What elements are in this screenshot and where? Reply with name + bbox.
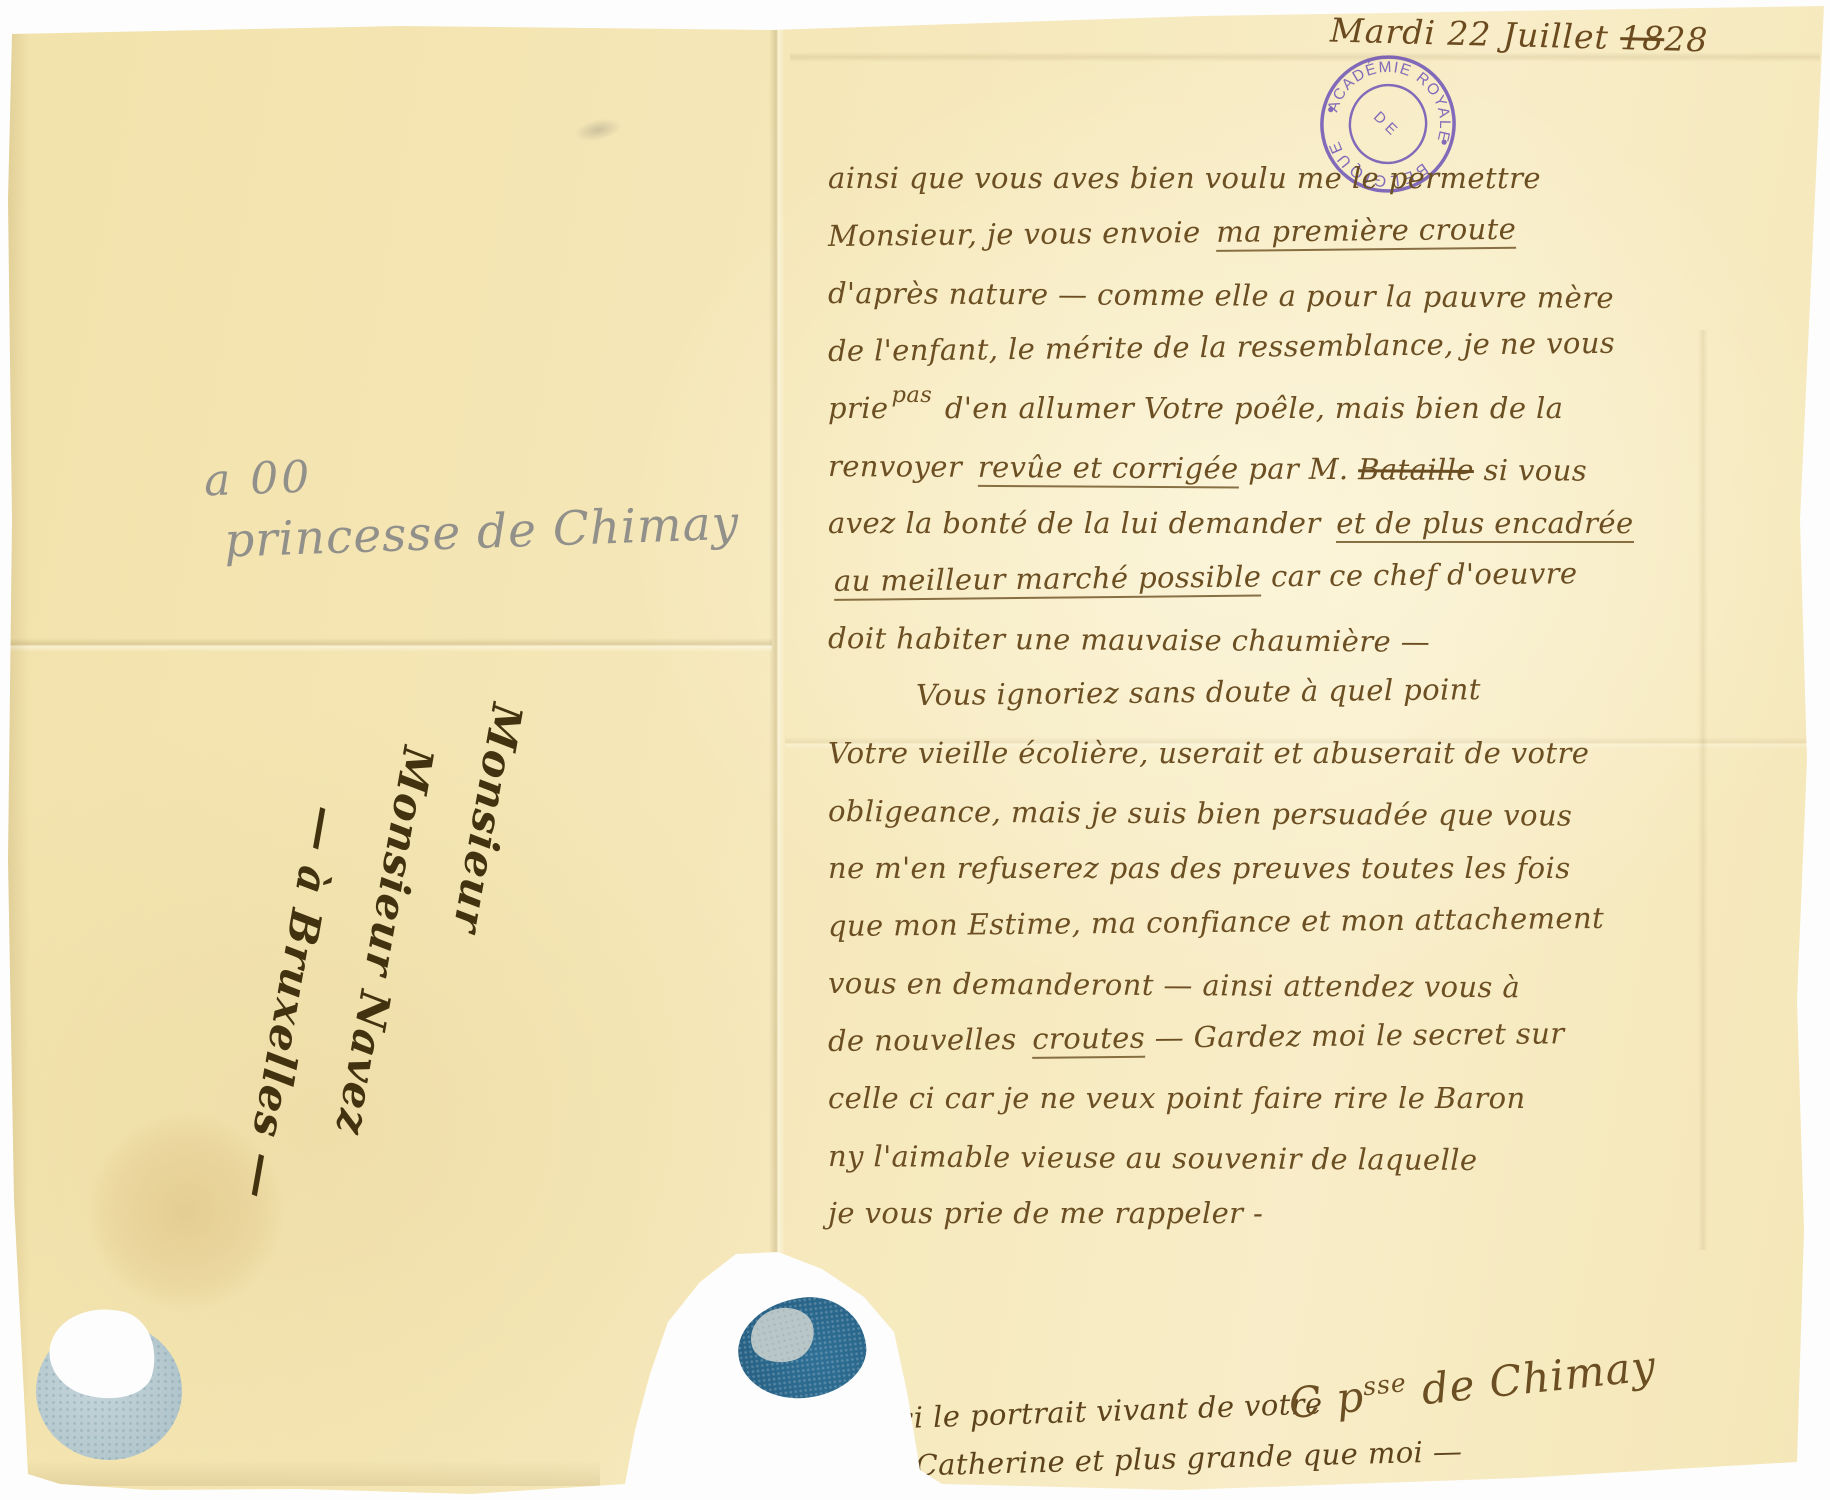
signature-text: de Chimay (1405, 1341, 1658, 1416)
right-vertical-crease (1698, 330, 1708, 1250)
letter-text: obligeance, mais je suis bien persuadée … (828, 794, 1572, 833)
letter-text: prie (828, 391, 888, 425)
letter-line: celle ci car je ne veux point faire rire… (828, 1070, 1558, 1128)
letter-text: Votre vieille écolière, userait et abuse… (828, 736, 1589, 770)
stamp-center-text: DE (1370, 108, 1404, 142)
letter-text: si vous (1474, 452, 1587, 487)
underlined-text: au meilleur marché possible (834, 559, 1262, 600)
ink-dash: — (231, 1148, 292, 1203)
letter-line: je vous prie de me rappeler - (828, 1185, 1558, 1243)
bottom-edge-shadow (20, 1460, 600, 1486)
letter-text: ainsi que vous aves bien voulu me le per… (828, 161, 1541, 195)
date-struck-digits: 18 (1620, 18, 1665, 58)
pencil-annotation: a 00 princesse de Chimay (203, 437, 740, 570)
letter-text: ne m'en refuserez pas des preuves toutes… (828, 851, 1570, 885)
date-text: Mardi 22 Juillet (1330, 11, 1621, 58)
letter-text: car ce chef d'oeuvre (1261, 556, 1577, 593)
pencil-note-code: a 00 (203, 437, 738, 507)
letter-line: Votre vieille écolière, userait et abuse… (828, 725, 1558, 783)
letter-line: Vous ignoriez sans doute à quel point (828, 660, 1559, 725)
letter-line: ainsi que vous aves bien voulu me le per… (828, 150, 1558, 208)
date-year: 28 (1664, 19, 1709, 59)
letter-text: de l'enfant, le mérite de la ressemblanc… (828, 325, 1615, 367)
left-edge-shadow (8, 30, 30, 1475)
closing-line: Ste Catherine et plus grande que moi — (856, 1434, 1463, 1484)
letter-text: Monsieur, je vous envoie (828, 214, 1211, 252)
letter-line: priepas d'en allumer Votre poêle, mais b… (828, 380, 1558, 438)
left-horizontal-fold (10, 638, 772, 652)
letter-line: au meilleur marché possible car ce chef … (828, 545, 1559, 610)
signature-superscript: sse (1362, 1368, 1409, 1401)
letter-line: que mon Estime, ma confiance et mon atta… (828, 890, 1559, 955)
letter-text: renvoyer (828, 449, 972, 484)
letter-text: vous en demanderont — ainsi attendez vou… (828, 966, 1520, 1004)
wafer-seal-center (732, 1291, 871, 1406)
ink-dash: — (292, 802, 353, 857)
letter-text: Vous ignoriez sans doute à quel point (916, 672, 1481, 712)
closing-line: J'ai ici le portrait vivant de votre (830, 1386, 1324, 1437)
letter-text: doit habiter une mauvaise chaumière — (828, 621, 1430, 659)
letter-text: avez la bonté de la lui demander (828, 506, 1330, 540)
struck-text: Bataille (1358, 452, 1474, 487)
letter-text: de nouvelles (828, 1021, 1027, 1057)
letter-line: ny l'aimable vieuse au souvenir de laque… (828, 1128, 1558, 1190)
letter-line: avez la bonté de la lui demander et de p… (828, 495, 1558, 553)
seal-center-pale-patch (745, 1302, 820, 1369)
letter-line: ne m'en refuserez pas des preuves toutes… (828, 840, 1558, 898)
center-fold-crease (769, 28, 785, 1466)
signature-de-chimay: C psse de Chimay (1286, 1341, 1658, 1428)
underlined-text: croutes (1032, 1020, 1145, 1058)
letter-text: celle ci car je ne veux point faire rire… (828, 1081, 1526, 1115)
letter-line: de nouvelles croutes — Gardez moi le sec… (828, 1005, 1559, 1070)
letter-text: je vous prie de me rappeler - (828, 1196, 1263, 1230)
letter-text: d'en allumer Votre poêle, mais bien de l… (935, 391, 1563, 425)
letter-line: Monsieur, je vous envoie ma première cro… (828, 200, 1559, 265)
letter-text: J'ai ici le portrait vivant de votre (830, 1386, 1324, 1437)
letter-body: ainsi que vous aves bien voulu me le per… (828, 150, 1558, 1243)
letter-paper: ACADÉMIE ROYALE BELGIQUE DE Mardi 22 Jui… (0, 0, 1830, 1500)
pencil-smudge (564, 110, 632, 151)
letter-text: d'après nature — comme elle a pour la pa… (828, 276, 1614, 315)
letter-text: Ste Catherine et plus grande que moi — (856, 1434, 1463, 1484)
letter-line: de l'enfant, le mérite de la ressemblanc… (828, 315, 1559, 380)
letter-line: renvoyer revûe et corrigée par M. Batail… (828, 438, 1558, 500)
scanned-letter: ACADÉMIE ROYALE BELGIQUE DE Mardi 22 Jui… (0, 0, 1830, 1500)
inserted-word: pas (891, 382, 932, 408)
address-block: Monsieur Monsieur Navez — à Bruxelles — (203, 668, 546, 1263)
pencil-note-name: princesse de Chimay (223, 496, 740, 569)
signature-text: C p (1286, 1372, 1366, 1429)
underlined-text: ma première croute (1216, 211, 1516, 251)
letter-text: par M. (1239, 451, 1359, 486)
underlined-text: et de plus encadrée (1336, 506, 1633, 543)
letter-text: — Gardez moi le secret sur (1145, 1016, 1565, 1054)
letter-text: ny l'aimable vieuse au souvenir de laque… (828, 1139, 1478, 1177)
letter-line: obligeance, mais je suis bien persuadée … (828, 783, 1558, 845)
letter-text: que mon Estime, ma confiance et mon atta… (828, 900, 1605, 942)
underlined-text: revûe et corrigée (978, 449, 1239, 488)
